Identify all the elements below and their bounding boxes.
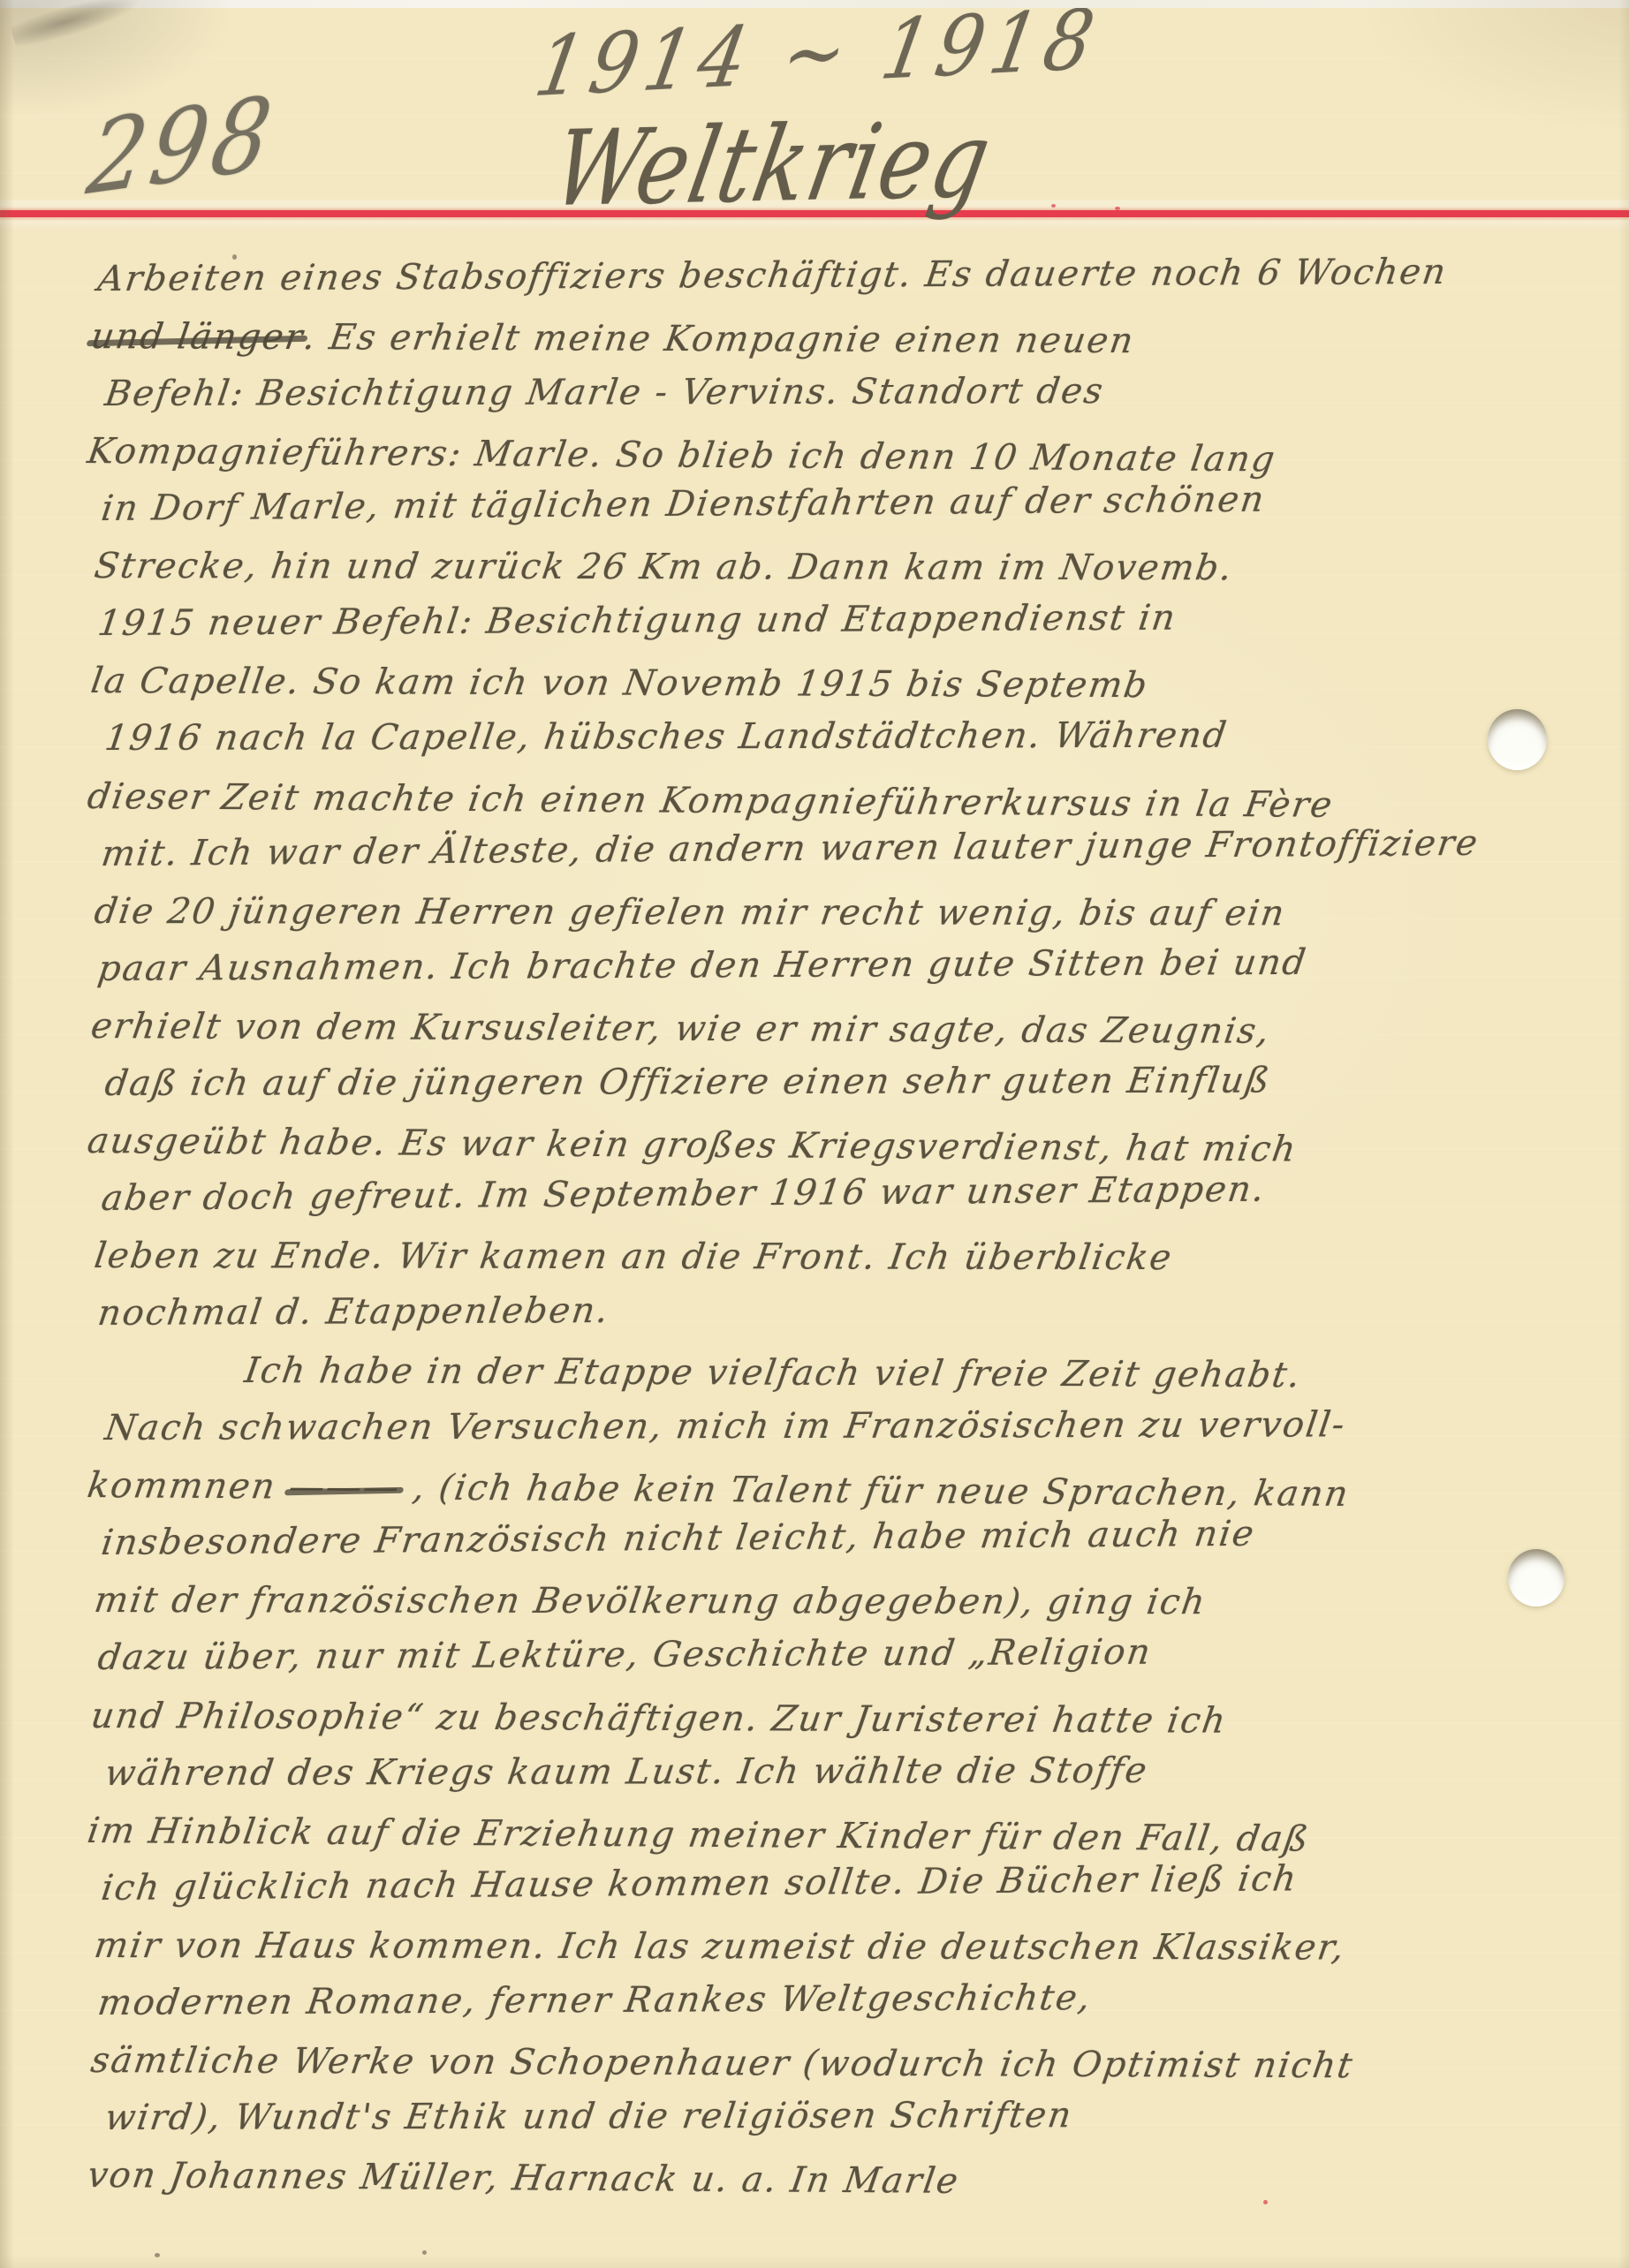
manuscript-line: Befehl: Besichtigung Marle - Vervins. St… xyxy=(102,371,1107,414)
manuscript-line: nochmal d. Etappenleben. xyxy=(95,1290,612,1334)
manuscript-line: Strecke, hin und zurück 26 Km ab. Dann k… xyxy=(92,546,1236,588)
manuscript-line: Ich habe in der Etappe vielfach viel fre… xyxy=(242,1350,1304,1395)
red-speck xyxy=(1051,204,1056,208)
manuscript-line: modernen Romane, ferner Rankes Weltgesch… xyxy=(95,1977,1095,2023)
manuscript-line: ich glücklich nach Hause kommen sollte. … xyxy=(99,1858,1300,1909)
manuscript-line: dieser Zeit machte ich einen Kompagniefü… xyxy=(85,776,1337,826)
ink-speck xyxy=(422,2250,427,2255)
punch-hole-bottom xyxy=(1508,1549,1565,1606)
header-years: 1914 ~ 1918 xyxy=(528,0,1108,116)
manuscript-line: 1915 neuer Befehl: Besichtigung und Etap… xyxy=(95,598,1179,644)
manuscript-line: mir von Haus kommen. Ich las zumeist die… xyxy=(92,1925,1348,1968)
page-title: Weltkrieg xyxy=(544,99,1001,230)
struck-text: und länger xyxy=(88,316,307,358)
manuscript-line: mit. Ich war der Älteste, die andern war… xyxy=(99,823,1481,874)
manuscript-line: und Philosophie“ zu beschäftigen. Zur Ju… xyxy=(88,1696,1230,1742)
manuscript-page: 298 1914 ~ 1918 Weltkrieg Arbeiten eines… xyxy=(0,0,1629,2268)
manuscript-line: leben zu Ende. Wir kamen an die Front. I… xyxy=(92,1236,1176,1278)
ink-speck xyxy=(155,2253,160,2257)
manuscript-line: paar Ausnahmen. Ich brachte den Herren g… xyxy=(95,942,1310,989)
manuscript-line: daß ich auf die jüngeren Offiziere einen… xyxy=(102,1061,1274,1104)
page-number: 298 xyxy=(81,74,283,218)
manuscript-line: während des Kriegs kaum Lust. Ich wählte… xyxy=(102,1750,1151,1794)
manuscript-line: dazu über, nur mit Lektüre, Geschichte u… xyxy=(95,1632,1155,1678)
red-speck xyxy=(1263,2200,1268,2204)
manuscript-line: ausgeübt habe. Es war kein großes Kriegs… xyxy=(85,1121,1299,1170)
manuscript-line: erhielt von dem Kursusleiter, wie er mir… xyxy=(88,1006,1273,1052)
manuscript-line: Kompagnieführers: Marle. So blieb ich de… xyxy=(85,431,1279,480)
manuscript-line: wird), Wundt's Ethik und die religiösen … xyxy=(102,2095,1075,2138)
red-speck xyxy=(1115,207,1120,210)
manuscript-line: Nach schwachen Versuchen, mich im Franzö… xyxy=(102,1404,1349,1448)
manuscript-line: die 20 jüngeren Herren gefielen mir rech… xyxy=(92,891,1288,934)
punch-hole-top xyxy=(1488,709,1547,770)
manuscript-line: 1916 nach la Capelle, hübsches Landstädt… xyxy=(102,715,1231,759)
manuscript-line: sämtliche Werke von Schopenhauer (wodurc… xyxy=(88,2040,1356,2086)
manuscript-line: la Capelle. So kam ich von Novemb 1915 b… xyxy=(88,661,1151,706)
manuscript-line: kommnen ——— , (ich habe kein Talent für … xyxy=(85,1465,1352,1515)
manuscript-line: in Dorf Marle, mit täglichen Dienstfahrt… xyxy=(99,480,1268,529)
manuscript-line: im Hinblick auf die Erziehung meiner Kin… xyxy=(85,1811,1313,1860)
manuscript-line: aber doch gefreut. Im September 1916 war… xyxy=(99,1169,1269,1219)
scan-edge-top xyxy=(0,0,1629,8)
manuscript-line: und länger. Es erhielt meine Kompagnie e… xyxy=(88,316,1137,361)
manuscript-line: mit der französischen Bevölkerung abgege… xyxy=(92,1580,1209,1622)
manuscript-line: insbesondere Französisch nicht leicht, h… xyxy=(99,1514,1258,1563)
manuscript-line: Arbeiten eines Stabsoffiziers beschäftig… xyxy=(95,252,1450,299)
struck-text: ——— xyxy=(286,1467,404,1508)
manuscript-line: von Johannes Müller, Harnack u. a. In Ma… xyxy=(85,2155,962,2202)
